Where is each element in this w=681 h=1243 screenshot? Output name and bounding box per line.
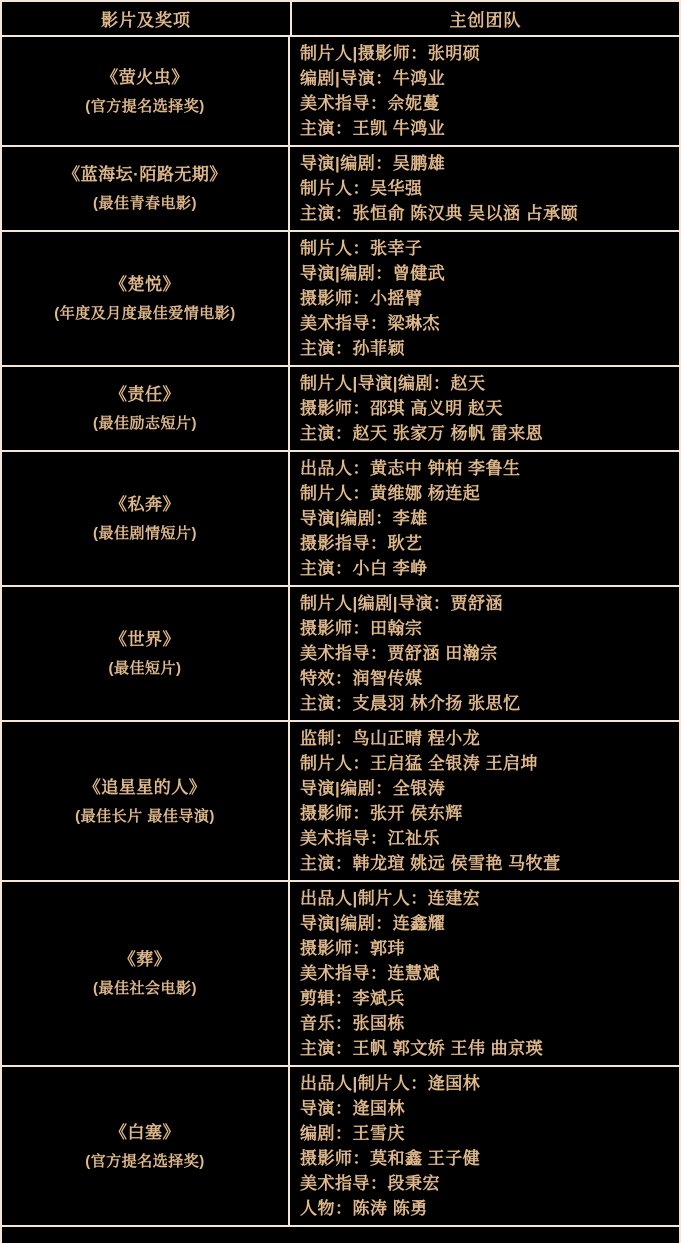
crew-cell: 制片人：张幸子导演|编剧：曾健武摄影师：小摇臂美术指导：梁琳杰主演：孙菲颖 <box>290 232 679 365</box>
film-award: (最佳励志短片) <box>93 414 197 433</box>
table-row: 《追星星的人》(最佳长片 最佳导演)监制：鸟山正晴 程小龙制片人：王启猛 全银涛… <box>2 722 679 882</box>
film-title: 《私奔》 <box>110 494 180 516</box>
film-title: 《世界》 <box>110 629 180 651</box>
film-award: (最佳长片 最佳导演) <box>75 807 215 826</box>
crew-line: 摄影师：小摇臂 <box>300 286 669 311</box>
table-header-row: 影片及奖项 主创团队 <box>2 2 679 37</box>
crew-line: 制片人|导演|编剧：赵天 <box>300 371 669 396</box>
crew-line: 导演|编剧：吴鹏雄 <box>300 151 669 176</box>
crew-line: 人物：陈涛 陈勇 <box>300 1196 669 1221</box>
crew-line: 制片人：黄维娜 杨连起 <box>300 481 669 506</box>
crew-line: 剪辑：李斌兵 <box>300 986 669 1011</box>
awards-table: 影片及奖项 主创团队 《萤火虫》(官方提名选择奖)制片人|摄影师：张明硕编剧|导… <box>0 0 681 1243</box>
crew-line: 摄影师：张开 侯东辉 <box>300 801 669 826</box>
crew-line: 摄影师：郭玮 <box>300 936 669 961</box>
crew-line: 美术指导：段秉宏 <box>300 1171 669 1196</box>
crew-line: 主演：赵天 张家万 杨帆 雷来恩 <box>300 421 669 446</box>
film-award-cell: 《私奔》(最佳剧情短片) <box>2 452 290 585</box>
crew-line: 主演：小白 李峥 <box>300 556 669 581</box>
crew-line: 美术指导：佘妮蔓 <box>300 91 669 116</box>
film-award-cell: 《葬》(最佳社会电影) <box>2 882 290 1065</box>
crew-line: 音乐：张国栋 <box>300 1011 669 1036</box>
crew-line: 监制：鸟山正晴 程小龙 <box>300 726 669 751</box>
crew-cell: 出品人：黄志中 钟柏 李鲁生制片人：黄维娜 杨连起导演|编剧：李雄摄影指导：耿艺… <box>290 452 679 585</box>
film-award-cell: 《萤火虫》(官方提名选择奖) <box>2 37 290 145</box>
film-award: (年度及月度最佳爱情电影) <box>54 304 236 323</box>
table-row: 《蓝海坛·陌路无期》(最佳青春电影)导演|编剧：吴鹏雄制片人：吴华强主演：张恒俞… <box>2 147 679 232</box>
crew-line: 制片人|摄影师：张明硕 <box>300 41 669 66</box>
film-title: 《蓝海坛·陌路无期》 <box>63 164 227 186</box>
crew-line: 摄影师：莫和鑫 王子健 <box>300 1146 669 1171</box>
film-title: 《楚悦》 <box>110 274 180 296</box>
film-title: 《葬》 <box>119 949 172 971</box>
table-row: 《白塞》(官方提名选择奖)出品人|制片人：逄国林导演：逄国林编剧：王雪庆摄影师：… <box>2 1067 679 1227</box>
column-header-film-award: 影片及奖项 <box>2 2 292 35</box>
crew-line: 导演|编剧：连鑫耀 <box>300 911 669 936</box>
crew-line: 美术指导：连慧斌 <box>300 961 669 986</box>
film-award-cell: 《世界》(最佳短片) <box>2 587 290 720</box>
crew-line: 主演：王凯 牛鸿业 <box>300 116 669 141</box>
crew-line: 出品人|制片人：连建宏 <box>300 886 669 911</box>
crew-line: 制片人：王启猛 全银涛 王启坤 <box>300 751 669 776</box>
crew-line: 主演：张恒俞 陈汉典 吴以涵 占承颐 <box>300 201 669 226</box>
crew-cell: 出品人|制片人：逄国林导演：逄国林编剧：王雪庆摄影师：莫和鑫 王子健美术指导：段… <box>290 1067 679 1225</box>
crew-line: 主演：支晨羽 林介扬 张思忆 <box>300 691 669 716</box>
film-award: (最佳短片) <box>109 659 182 678</box>
crew-cell: 出品人|制片人：连建宏导演|编剧：连鑫耀摄影师：郭玮美术指导：连慧斌剪辑：李斌兵… <box>290 882 679 1065</box>
crew-line: 制片人：吴华强 <box>300 176 669 201</box>
film-award: (官方提名选择奖) <box>85 1152 205 1171</box>
film-award-cell: 《责任》(最佳励志短片) <box>2 367 290 450</box>
crew-cell: 制片人|摄影师：张明硕编剧|导演：牛鸿业美术指导：佘妮蔓主演：王凯 牛鸿业 <box>290 37 679 145</box>
film-title: 《白塞》 <box>110 1122 180 1144</box>
film-award: (官方提名选择奖) <box>85 97 205 116</box>
table-row: 《楚悦》(年度及月度最佳爱情电影)制片人：张幸子导演|编剧：曾健武摄影师：小摇臂… <box>2 232 679 367</box>
film-title: 《追星星的人》 <box>84 777 207 799</box>
film-award: (最佳青春电影) <box>93 194 197 213</box>
crew-cell: 导演|编剧：吴鹏雄制片人：吴华强主演：张恒俞 陈汉典 吴以涵 占承颐 <box>290 147 679 230</box>
table-row: 《萤火虫》(官方提名选择奖)制片人|摄影师：张明硕编剧|导演：牛鸿业美术指导：佘… <box>2 37 679 147</box>
table-row: 《葬》(最佳社会电影)出品人|制片人：连建宏导演|编剧：连鑫耀摄影师：郭玮美术指… <box>2 882 679 1067</box>
crew-line: 主演：韩龙瑄 姚远 侯雪艳 马牧萱 <box>300 851 669 876</box>
crew-line: 制片人：张幸子 <box>300 236 669 261</box>
crew-cell: 制片人|导演|编剧：赵天摄影师：邵琪 高义明 赵天主演：赵天 张家万 杨帆 雷来… <box>290 367 679 450</box>
film-award: (最佳剧情短片) <box>93 524 197 543</box>
crew-line: 特效：润智传媒 <box>300 666 669 691</box>
film-award-cell: 《楚悦》(年度及月度最佳爱情电影) <box>2 232 290 365</box>
crew-line: 编剧|导演：牛鸿业 <box>300 66 669 91</box>
crew-line: 主演：王帆 郭文娇 王伟 曲京瑛 <box>300 1036 669 1061</box>
crew-line: 摄影师：邵琪 高义明 赵天 <box>300 396 669 421</box>
film-award-cell: 《白塞》(官方提名选择奖) <box>2 1067 290 1225</box>
crew-line: 出品人：黄志中 钟柏 李鲁生 <box>300 456 669 481</box>
crew-line: 导演|编剧：李雄 <box>300 506 669 531</box>
film-award: (最佳社会电影) <box>93 979 197 998</box>
crew-line: 摄影师：田翰宗 <box>300 616 669 641</box>
crew-line: 导演|编剧：曾健武 <box>300 261 669 286</box>
film-award-cell: 《追星星的人》(最佳长片 最佳导演) <box>2 722 290 880</box>
crew-line: 制片人|编剧|导演：贾舒涵 <box>300 591 669 616</box>
crew-line: 出品人|制片人：逄国林 <box>300 1071 669 1096</box>
film-award-cell: 《蓝海坛·陌路无期》(最佳青春电影) <box>2 147 290 230</box>
crew-line: 导演：逄国林 <box>300 1096 669 1121</box>
table-row: 《私奔》(最佳剧情短片)出品人：黄志中 钟柏 李鲁生制片人：黄维娜 杨连起导演|… <box>2 452 679 587</box>
crew-line: 美术指导：江祉乐 <box>300 826 669 851</box>
crew-line: 主演：孙菲颖 <box>300 336 669 361</box>
film-title: 《萤火虫》 <box>101 67 189 89</box>
crew-line: 美术指导：梁琳杰 <box>300 311 669 336</box>
crew-line: 摄影指导：耿艺 <box>300 531 669 556</box>
crew-line: 编剧：王雪庆 <box>300 1121 669 1146</box>
crew-cell: 监制：鸟山正晴 程小龙制片人：王启猛 全银涛 王启坤导演|编剧：全银涛摄影师：张… <box>290 722 679 880</box>
crew-cell: 制片人|编剧|导演：贾舒涵摄影师：田翰宗美术指导：贾舒涵 田瀚宗特效：润智传媒主… <box>290 587 679 720</box>
column-header-crew: 主创团队 <box>292 2 679 35</box>
film-title: 《责任》 <box>110 384 180 406</box>
crew-line: 导演|编剧：全银涛 <box>300 776 669 801</box>
table-row: 《世界》(最佳短片)制片人|编剧|导演：贾舒涵摄影师：田翰宗美术指导：贾舒涵 田… <box>2 587 679 722</box>
table-row: 《责任》(最佳励志短片)制片人|导演|编剧：赵天摄影师：邵琪 高义明 赵天主演：… <box>2 367 679 452</box>
crew-line: 美术指导：贾舒涵 田瀚宗 <box>300 641 669 666</box>
